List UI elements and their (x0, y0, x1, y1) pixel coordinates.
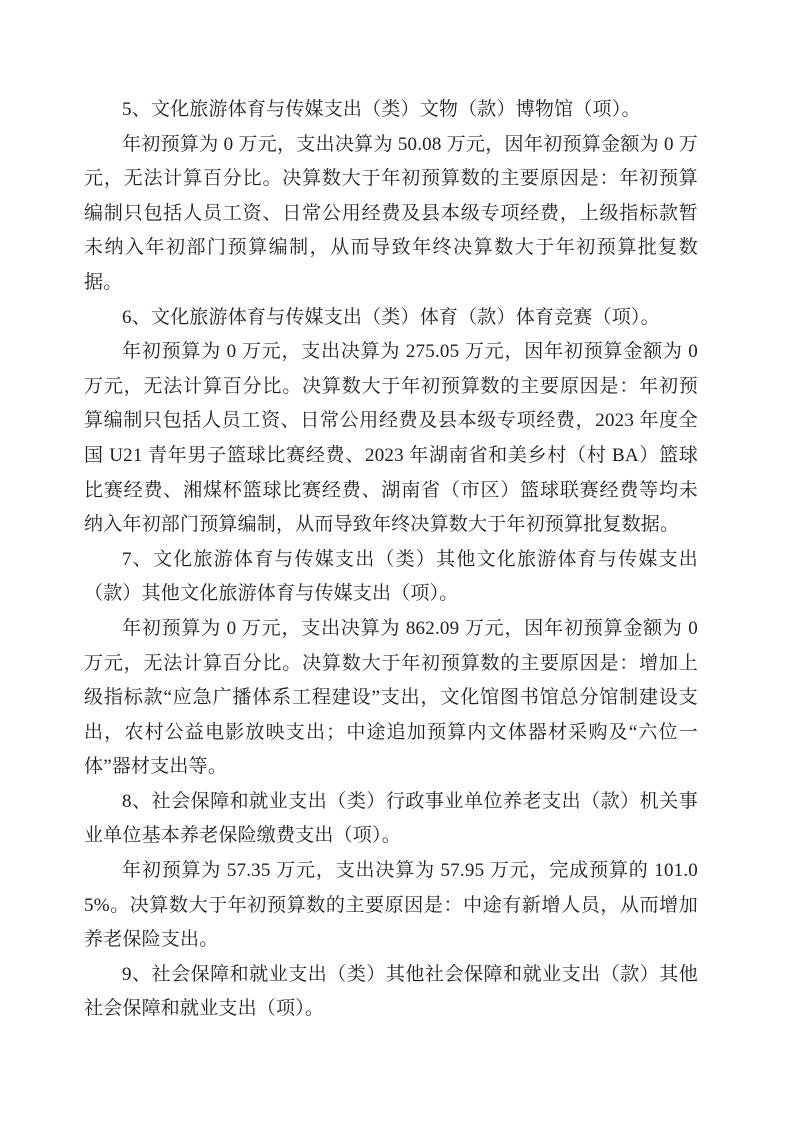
paragraph-item-6-heading: 6、文化旅游体育与传媒支出（类）体育（款）体育竞赛（项）。 (84, 301, 698, 336)
paragraph-item-5-heading: 5、文化旅游体育与传媒支出（类）文物（款）博物馆（项）。 (84, 93, 698, 128)
paragraph-item-5-body: 年初预算为 0 万元，支出决算为 50.08 万元，因年初预算金额为 0 万元，… (84, 128, 698, 301)
paragraph-item-8-heading: 8、社会保障和就业支出（类）行政事业单位养老支出（款）机关事业单位基本养老保险缴… (84, 785, 698, 854)
document-page: 5、文化旅游体育与传媒支出（类）文物（款）博物馆（项）。 年初预算为 0 万元，… (0, 0, 793, 1122)
paragraph-item-7-heading: 7、文化旅游体育与传媒支出（类）其他文化旅游体育与传媒支出（款）其他文化旅游体育… (84, 543, 698, 612)
paragraph-item-8-body: 年初预算为 57.35 万元，支出决算为 57.95 万元，完成预算的 101.… (84, 854, 698, 958)
document-text-block: 5、文化旅游体育与传媒支出（类）文物（款）博物馆（项）。 年初预算为 0 万元，… (84, 93, 698, 1027)
paragraph-item-7-body: 年初预算为 0 万元，支出决算为 862.09 万元，因年初预算金额为 0 万元… (84, 612, 698, 785)
paragraph-item-6-body: 年初预算为 0 万元，支出决算为 275.05 万元，因年初预算金额为 0 万元… (84, 335, 698, 543)
paragraph-item-9-heading: 9、社会保障和就业支出（类）其他社会保障和就业支出（款）其他社会保障和就业支出（… (84, 958, 698, 1027)
